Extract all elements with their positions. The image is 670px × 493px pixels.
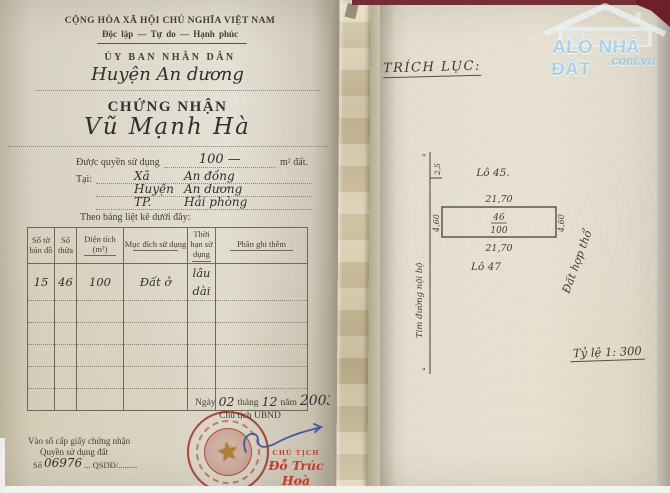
table-row-empty bbox=[28, 322, 308, 344]
granted-area-line: Được quyền sử dụng 100 — m² đất. bbox=[76, 152, 308, 168]
svg-text:": " bbox=[422, 367, 426, 376]
cell-parcel-no: 46 bbox=[58, 275, 73, 289]
col-term: Thời hạn sử dụng bbox=[188, 228, 216, 264]
location-label: Tại: bbox=[76, 174, 92, 185]
left-dimension: 4,60 bbox=[432, 214, 441, 233]
cell-term: lâu dài bbox=[193, 266, 211, 298]
motto-underline bbox=[97, 43, 247, 44]
photo-bottom-edge bbox=[0, 486, 670, 493]
location-row-city: TP. Hải phòng bbox=[96, 196, 312, 210]
table-intro: Theo bảng liệt kê dưới đây: bbox=[80, 212, 190, 223]
parcel-number: 46 bbox=[492, 213, 505, 223]
grant-suffix: m² đất. bbox=[280, 157, 308, 168]
registry-book-number: 06976 bbox=[44, 456, 82, 470]
offset-dimension: 2,5 bbox=[433, 163, 442, 176]
issuer-handwritten: Huyện An dương bbox=[0, 64, 335, 85]
sketch-scale: Tỷ lệ 1: 300 bbox=[570, 344, 645, 363]
col-parcel-no: Số thửa bbox=[55, 228, 77, 264]
cell-purpose: Đất ở bbox=[140, 275, 172, 289]
dotted-rule bbox=[8, 146, 330, 147]
location-level: Xã bbox=[134, 169, 150, 183]
document-photo: CỘNG HÒA XÃ HỘI CHỦ NGHĨA VIỆT NAM Độc l… bbox=[0, 0, 670, 493]
registry-suffix: ... QSDĐ/......... bbox=[84, 460, 137, 470]
cell-area: 100 bbox=[89, 275, 111, 289]
col-map-sheet: Số tờ bản đồ bbox=[28, 228, 55, 264]
parcel-area: 100 bbox=[490, 226, 507, 236]
col-area: Diện tích (m²) bbox=[77, 228, 124, 264]
north-neighbor-label: Lô 45. bbox=[475, 167, 509, 179]
registry-prefix: Số bbox=[33, 460, 42, 470]
table-row-empty bbox=[28, 300, 308, 322]
national-motto-line2: Độc lập — Tự do — Hạnh phúc bbox=[0, 29, 340, 39]
grant-area-field: 100 — bbox=[164, 152, 276, 168]
parcel-table: Số tờ bản đồ Số thửa Diện tích (m²) Mục … bbox=[27, 227, 308, 411]
table-row-empty bbox=[28, 344, 308, 366]
location-level: Huyện bbox=[134, 182, 174, 196]
col-notes: Phần ghi thêm bbox=[216, 228, 308, 264]
bottom-dimension: 21,70 bbox=[484, 243, 512, 254]
adhesive-tape bbox=[336, 0, 370, 493]
registry-number-line: Số 06976 ... QSDĐ/......... bbox=[33, 456, 137, 470]
top-dimension: 21,70 bbox=[484, 194, 512, 205]
grant-area-value: 100 — bbox=[199, 152, 241, 167]
location-value: An đồng bbox=[184, 169, 235, 183]
extract-title: TRÍCH LỤC: bbox=[383, 59, 481, 79]
table-header-row: Số tờ bản đồ Số thửa Diện tích (m²) Mục … bbox=[28, 228, 308, 264]
chairman-red-stamp-block: CHỦ TỊCH Đỗ Trúc Hoà bbox=[255, 448, 337, 488]
col-purpose: Mục đích sử dụng bbox=[124, 228, 188, 264]
certificate-left-page: CỘNG HÒA XÃ HỘI CHỦ NGHĨA VIỆT NAM Độc l… bbox=[0, 0, 338, 493]
issuer-title: ỦY BAN NHÂN DÂN bbox=[0, 52, 340, 63]
chairman-title: CHỦ TỊCH bbox=[255, 448, 337, 457]
south-neighbor-label: Lô 47 bbox=[470, 261, 501, 273]
registry-line1: Vào sổ cấp giấy chứng nhận bbox=[28, 436, 130, 446]
right-dimension: 4,60 bbox=[557, 214, 566, 233]
cell-map-sheet: 15 bbox=[34, 275, 49, 289]
photo-left-edge bbox=[0, 438, 5, 493]
table-row: 15 46 100 Đất ở lâu dài bbox=[28, 263, 308, 300]
location-value: An dương bbox=[184, 182, 242, 196]
table-row-empty bbox=[28, 366, 308, 388]
national-motto-line1: CỘNG HÒA XÃ HỘI CHỦ NGHĨA VIỆT NAM bbox=[0, 16, 340, 26]
location-level: TP. bbox=[134, 195, 151, 209]
grant-prefix: Được quyền sử dụng bbox=[76, 157, 160, 168]
watermark-domain: .com.vn bbox=[608, 54, 655, 68]
chairman-name: Đỗ Trúc Hoà bbox=[255, 458, 337, 488]
road-label: Tim đường nội bộ bbox=[414, 263, 425, 338]
svg-text:": " bbox=[422, 153, 426, 162]
dotted-rule bbox=[35, 90, 320, 91]
location-value: Hải phòng bbox=[184, 195, 247, 209]
grantee-name: Vũ Mạnh Hà bbox=[0, 114, 335, 140]
